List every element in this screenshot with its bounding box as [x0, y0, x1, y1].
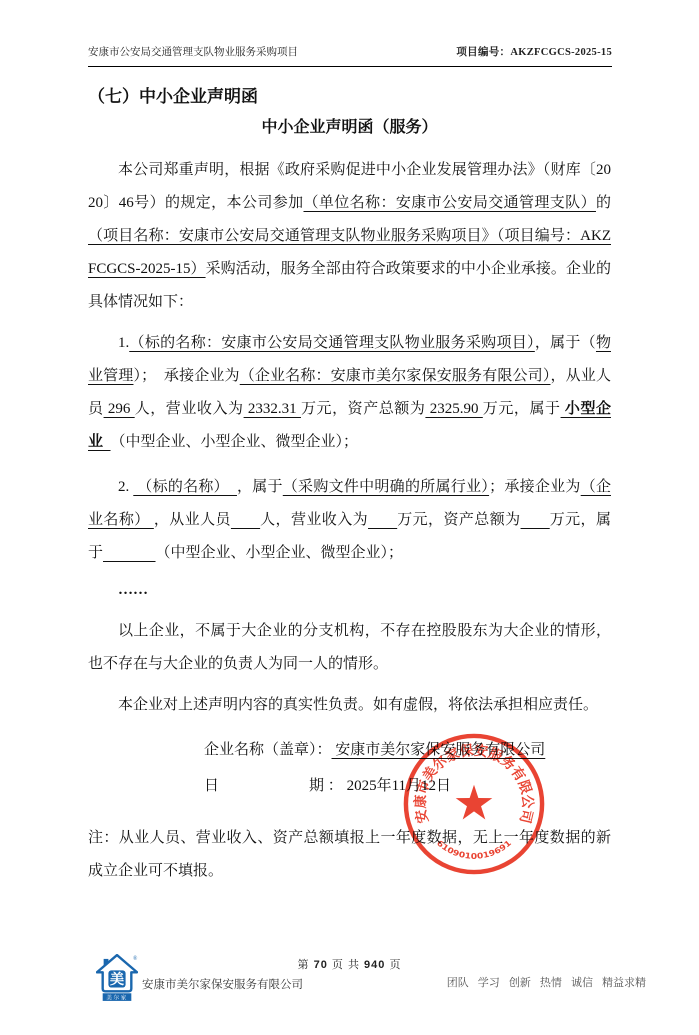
page-number: 第 70 页 共 940 页 [0, 956, 699, 972]
paragraph-ellipsis: …… [88, 574, 611, 607]
text-segment: 以上企业，不属于大企业的分支机构，不存在控股股东为大企业的情形，也不存在与大企业… [88, 623, 611, 672]
text-segment: （单位名称：安康市公安局交通管理支队） [304, 195, 596, 211]
text-segment [219, 778, 309, 794]
text-segment [103, 545, 156, 561]
text-segment: 2325.90 [425, 401, 482, 417]
logo-char: 美 [110, 970, 125, 988]
text-segment: 页 共 [328, 959, 364, 971]
section-title: （七）中小企业声明函 [88, 84, 611, 110]
header-project-title: 安康市公安局交通管理支队物业服务采购项目 [88, 44, 298, 59]
text-segment: 296 [104, 401, 135, 417]
text-segment: 万元，属于 [483, 401, 561, 417]
document-page: 安康市公安局交通管理支队物业服务采购项目 项目编号：AKZFCGCS-2025-… [0, 0, 699, 1035]
text-segment: ）； 承接企业为 [133, 368, 239, 384]
text-segment: 人，营业收入为 [260, 512, 368, 528]
text-segment [521, 512, 550, 528]
text-segment: ；承接企业为 [489, 479, 581, 495]
text-segment: （中型企业、小型企业、微型企业）； [111, 434, 359, 450]
text-segment: …… [118, 582, 148, 598]
text-segment: 第 [298, 959, 314, 971]
text-segment: ： [324, 778, 347, 794]
text-segment: 的 [596, 195, 611, 211]
signature-company-line: 企业名称（盖章）： 安康市美尔家保安服务有限公司 [204, 732, 611, 768]
text-segment: （企业名称：安康市美尔家保安服务有限公司） [240, 368, 551, 384]
text-segment: 安康市美尔家保安服务有限公司 [332, 742, 546, 758]
page-header: 安康市公安局交通管理支队物业服务采购项目 项目编号：AKZFCGCS-2025-… [88, 44, 612, 67]
text-segment: （中型企业、小型企业、微型企业）； [156, 545, 404, 561]
paragraph-declaration: 本公司郑重声明，根据《政府采购促进中小企业发展管理办法》（财库〔2020〕46号… [88, 154, 611, 319]
text-segment: ，属于 [237, 479, 283, 495]
text-segment: 2. [118, 479, 133, 495]
paragraph-item1: 1.（标的名称：安康市公安局交通管理支队物业服务采购项目），属于（物业管理）； … [88, 327, 611, 459]
text-segment: ，从业人员 [154, 512, 231, 528]
text-segment: 70 [314, 959, 328, 971]
paragraph-note: 注：从业人员、营业收入、资产总额填报上一年度数据，无上一年度数据的新成立企业可不… [88, 822, 611, 888]
text-segment [231, 512, 260, 528]
text-segment: 日 [204, 778, 219, 794]
text-segment: 1. [118, 335, 129, 351]
text-segment: （标的名称） [133, 479, 237, 495]
text-segment: （采购文件中明确的所属行业） [283, 479, 489, 495]
text-segment: 本企业对上述声明内容的真实性负责。如有虚假，将依法承担相应责任。 [118, 697, 598, 713]
paragraph-no-affiliation: 以上企业，不属于大企业的分支机构，不存在控股股东为大企业的情形，也不存在与大企业… [88, 615, 611, 681]
paragraph-item2: 2. （标的名称） ，属于（采购文件中明确的所属行业）；承接企业为（企业名称） … [88, 471, 611, 570]
document-body: （七）中小企业声明函 中小企业声明函（服务） 本公司郑重声明，根据《政府采购促进… [88, 84, 611, 888]
logo-name: 美尔家 [106, 993, 127, 1001]
text-segment: 940 [364, 959, 385, 971]
text-segment: 页 [385, 959, 401, 971]
text-segment [368, 512, 397, 528]
doc-subtitle: 中小企业声明函（服务） [88, 116, 611, 140]
page-footer: 美 美尔家 ® 安康市美尔家保安服务有限公司 第 70 页 共 940 页 团队… [0, 950, 699, 1035]
paragraph-responsibility: 本企业对上述声明内容的真实性负责。如有虚假，将依法承担相应责任。 [88, 689, 611, 722]
text-segment: 2332.31 [244, 401, 301, 417]
text-segment: 万元，资产总额为 [301, 401, 425, 417]
footer-slogan: 团队 学习 创新 热情 诚信 精益求精 [447, 974, 646, 990]
text-segment: 2025年11月12日 [347, 778, 451, 794]
signature-block: 企业名称（盖章）： 安康市美尔家保安服务有限公司 日 期 ： 2025年11月1… [88, 732, 611, 804]
text-segment: 人，营业收入为 [135, 401, 244, 417]
text-segment: ，属于（ [535, 335, 596, 351]
text-segment: （标的名称：安康市公安局交通管理支队物业服务采购项目） [129, 335, 535, 351]
signature-date-line: 日 期 ： 2025年11月12日 [204, 768, 611, 804]
text-segment: 期 [309, 778, 324, 794]
text-segment: 企业名称（盖章）： [204, 742, 332, 758]
header-project-number: 项目编号：AKZFCGCS-2025-15 [456, 44, 612, 59]
footer-company-name: 安康市美尔家保安服务有限公司 [142, 976, 303, 992]
text-segment: 万元，资产总额为 [397, 512, 520, 528]
